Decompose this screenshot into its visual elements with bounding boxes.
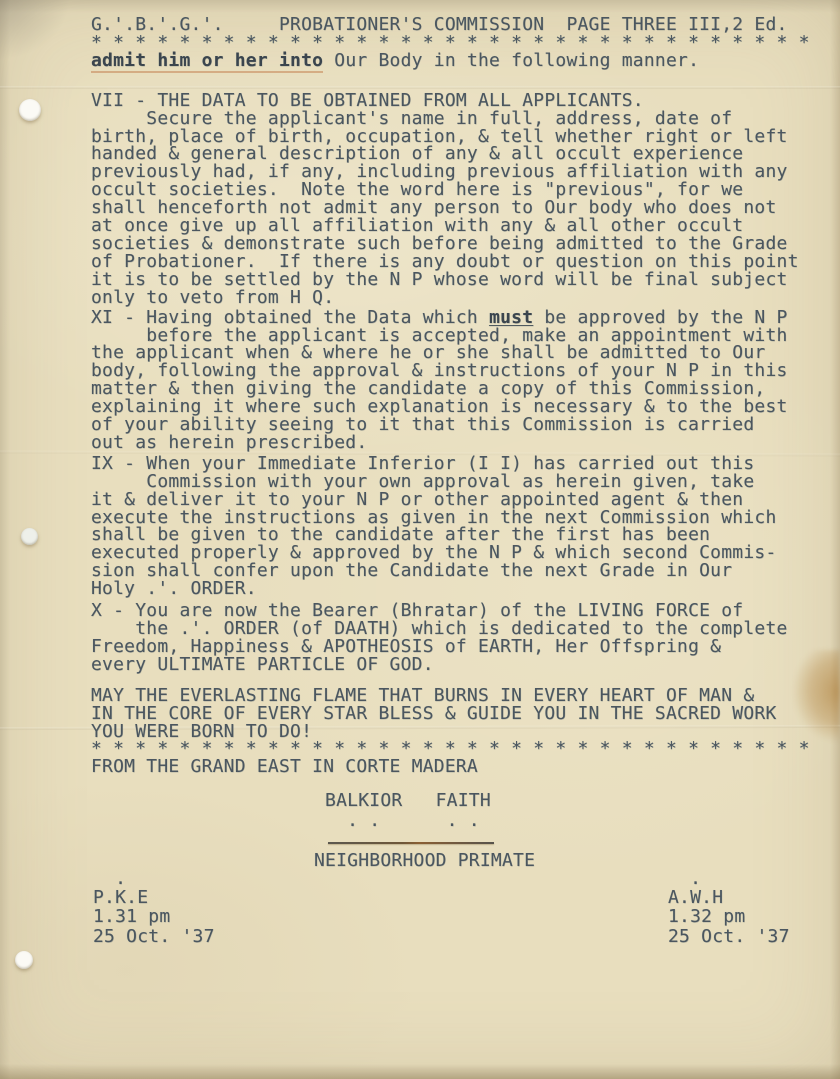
right-attestation-time: 1.32 pm: [668, 907, 790, 926]
closing-line: IN THE CORE OF EVERY STAR BLESS & GUIDE …: [91, 705, 810, 723]
officer-names: BALKIOR FAITH: [314, 791, 535, 811]
signature-block: BALKIOR FAITH . . . . NEIGHBORHOOD PRIMA…: [314, 791, 535, 871]
right-attestation-initials: A.W.H: [668, 888, 790, 907]
section-vii-line: VII - THE DATA TO BE OBTAINED FROM ALL A…: [91, 92, 810, 110]
section-vii-line: only to veto from H Q.: [91, 289, 810, 307]
admit-line-bold: admit him or her into: [91, 50, 323, 73]
punch-hole-middle: [21, 528, 38, 545]
signature-rule: [328, 842, 494, 844]
section-ix-line: Commission with your own approval as her…: [91, 473, 810, 491]
right-attestation: . A.W.H 1.32 pm 25 Oct. '37: [668, 869, 790, 946]
punch-hole-bottom: [15, 951, 33, 969]
section-xi-line: out as herein prescribed.: [91, 434, 810, 452]
section-vii-line: it is to be settled by the N P whose wor…: [91, 271, 810, 289]
corner-shadow: [0, 0, 70, 60]
left-attestation-time: 1.31 pm: [93, 907, 215, 926]
right-attestation-date: 25 Oct. '37: [668, 927, 790, 946]
left-attestation: . P.K.E 1.31 pm 25 Oct. '37: [93, 869, 215, 946]
section-xi-line1: XI - Having obtained the Data which must…: [91, 309, 810, 327]
from-line: FROM THE GRAND EAST IN CORTE MADERA: [91, 758, 810, 776]
admit-line-rest: Our Body in the following manner.: [323, 50, 699, 71]
closing-blessing: MAY THE EVERLASTING FLAME THAT BURNS IN …: [91, 687, 810, 741]
section-ix-line: Holy .'. ORDER.: [91, 580, 810, 598]
section-xi: XI - Having obtained the Data which must…: [91, 309, 810, 452]
left-attestation-initials: P.K.E: [93, 888, 215, 907]
section-vii-line: Secure the applicant's name in full, add…: [91, 110, 810, 128]
typed-text-column: G.'.B.'.G.'. PROBATIONER'S COMMISSION PA…: [91, 16, 810, 776]
left-attestation-date: 25 Oct. '37: [93, 927, 215, 946]
signature-title: NEIGHBORHOOD PRIMATE: [314, 851, 535, 871]
signature-dots: . . . .: [314, 811, 535, 831]
left-attestation-dot: .: [93, 869, 215, 888]
punch-hole-top: [19, 99, 41, 121]
section-vii: VII - THE DATA TO BE OBTAINED FROM ALL A…: [91, 92, 810, 307]
section-x: X - You are now the Bearer (Bhratar) of …: [91, 602, 810, 674]
section-ix: IX - When your Immediate Inferior (I I) …: [91, 455, 810, 598]
admit-line: admit him or her into Our Body in the fo…: [91, 52, 810, 70]
section-x-line: every ULTIMATE PARTICLE OF GOD.: [91, 656, 810, 674]
right-attestation-dot: .: [668, 869, 790, 888]
section-ix-line: it & deliver it to your N P or other app…: [91, 491, 810, 509]
closing-line: MAY THE EVERLASTING FLAME THAT BURNS IN …: [91, 687, 810, 705]
section-xi-body: before the applicant is accepted, make a…: [91, 327, 810, 452]
document-page: G.'.B.'.G.'. PROBATIONER'S COMMISSION PA…: [0, 0, 840, 1079]
